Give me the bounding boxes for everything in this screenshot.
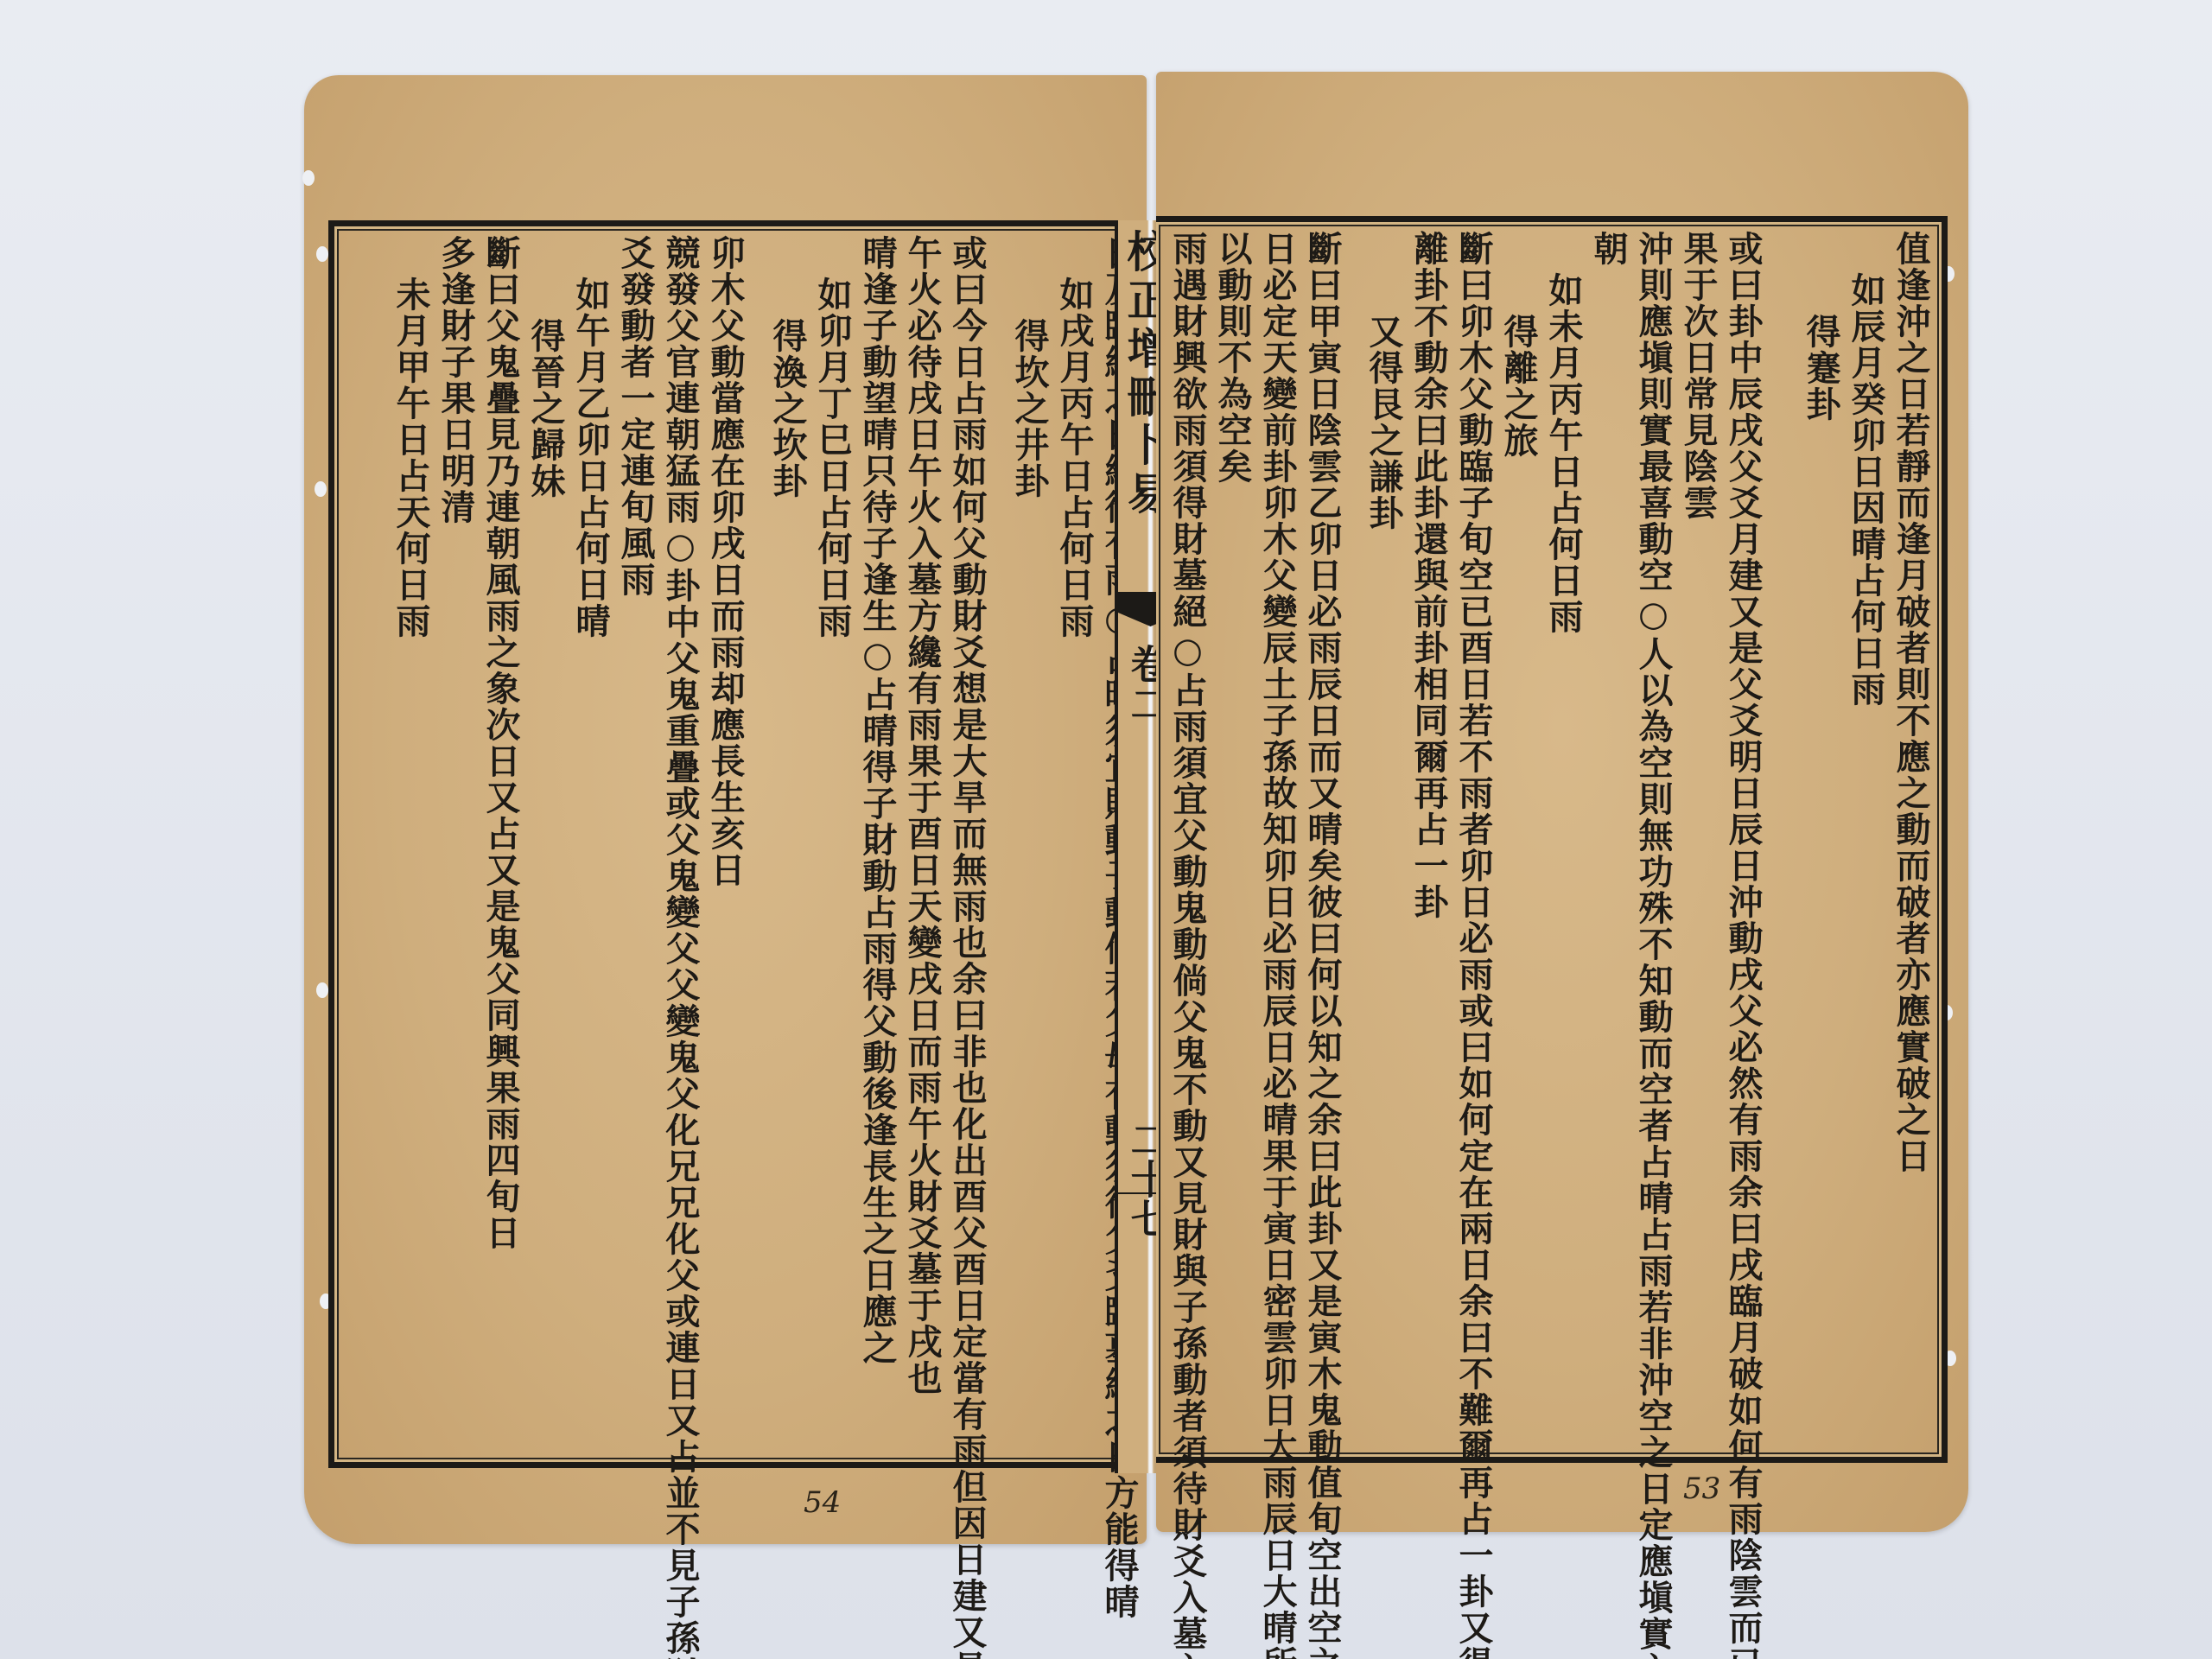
text-column: 斷曰甲寅日陰雲乙卯日必雨辰日而又晴矣彼曰何以知之余曰此卦又是寅木鬼動值旬空出空之 bbox=[1300, 231, 1344, 1448]
text-column: 又得艮之謙卦 bbox=[1361, 231, 1406, 1448]
page-number: 53 bbox=[1683, 1471, 1720, 1506]
text-column: 未月甲午日占天何日雨 bbox=[388, 235, 433, 1453]
text-column: 斷曰父鬼疊見乃連朝風雨之象次日又占又是鬼父同興果雨四旬日 bbox=[478, 235, 523, 1453]
text-column: 朝 bbox=[1586, 231, 1630, 1448]
text-column: 競發父官連朝猛雨○卦中父鬼重疊或父鬼變父父變鬼父化兄兄化父或連日又占並不見子孫財 bbox=[658, 235, 702, 1453]
text-column: 得渙之坎卦 bbox=[765, 235, 810, 1453]
text-column: 或曰今日占雨如何父動財爻想是大旱而無雨也余曰非也化出酉父酉日定當有雨但因日建又是 bbox=[944, 235, 989, 1453]
left-page: 日及臨絕之日纔得有雨○占晴須宜財動子動倘若父母有動須待父爻臨墓絕之日方能得晴 如… bbox=[304, 75, 1147, 1544]
text-column: 值逢沖之日若靜而逢月破者則不應之動而破者亦應實破之日 bbox=[1888, 231, 1933, 1448]
right-page: 值逢沖之日若靜而逢月破者則不應之動而破者亦應實破之日 如辰月癸卯日因晴占何日雨 … bbox=[1156, 72, 1968, 1532]
binding-hole bbox=[316, 246, 328, 262]
text-column: 如卯月丁巳日占何日雨 bbox=[810, 235, 855, 1453]
page-number: 54 bbox=[804, 1485, 841, 1520]
text-column: 得晉之歸妹 bbox=[523, 235, 568, 1453]
text-column: 或曰卦中辰戌父爻月建又是父爻明日辰日沖動戌父必然有雨余曰戌臨月破如何有雨陰雲而已 bbox=[1720, 231, 1765, 1448]
text-column: 晴逢子動望晴只待子逢生○占晴得子財動占雨得父動後逢長生之日應之 bbox=[855, 235, 899, 1453]
printed-frame: 值逢沖之日若靜而逢月破者則不應之動而破者亦應實破之日 如辰月癸卯日因晴占何日雨 … bbox=[1156, 216, 1948, 1463]
text-columns: 值逢沖之日若靜而逢月破者則不應之動而破者亦應實破之日 如辰月癸卯日因晴占何日雨 … bbox=[1165, 231, 1933, 1448]
text-column: 如辰月癸卯日因晴占何日雨 bbox=[1843, 231, 1888, 1448]
text-columns: 日及臨絕之日纔得有雨○占晴須宜財動子動倘若父母有動須待父爻臨墓絕之日方能得晴 如… bbox=[343, 235, 1141, 1453]
text-column: 卯木父動當應在卯戌日而雨却應長生亥日 bbox=[702, 235, 747, 1453]
binding-hole bbox=[315, 481, 327, 497]
printed-frame: 日及臨絕之日纔得有雨○占晴須宜財動子動倘若父母有動須待父爻臨墓絕之日方能得晴 如… bbox=[328, 220, 1154, 1468]
text-column: 離卦不動余曰此卦還與前卦相同爾再占一卦 bbox=[1406, 231, 1451, 1448]
text-column: 得蹇卦 bbox=[1798, 231, 1843, 1448]
text-column: 以動則不為空矣 bbox=[1210, 231, 1255, 1448]
text-column: 得坎之井卦 bbox=[1007, 235, 1052, 1453]
text-column: 如戌月丙午日占何日雨 bbox=[1052, 235, 1096, 1453]
binding-hole bbox=[316, 982, 328, 998]
text-column: 如未月丙午日占何日雨 bbox=[1541, 231, 1586, 1448]
text-column: 沖則應塡則實最喜動空○人以為空則無功殊不知動而空者占晴占雨若非沖空之日定應塡實之 bbox=[1630, 231, 1675, 1448]
text-column: 得離之旅 bbox=[1496, 231, 1541, 1448]
text-column: 斷曰卯木父動臨子旬空已酉日若不雨者卯日必雨或曰如何定在兩日余曰不難爾再占一卦又得 bbox=[1451, 231, 1496, 1448]
text-column: 雨遇財興欲雨須得財墓絕○占雨須宜父動鬼動倘父鬼不動又見財與子孫動者須待財爻入墓之 bbox=[1165, 231, 1210, 1448]
text-column: 果于次日常見陰雲 bbox=[1675, 231, 1720, 1448]
text-column: 多逢財子果日明清 bbox=[433, 235, 478, 1453]
text-column: 午火必待戌日午火入墓方纔有雨果于酉日天變戌日而雨午火財爻墓于戌也 bbox=[899, 235, 944, 1453]
text-column: 如午月乙卯日占何日晴 bbox=[568, 235, 613, 1453]
text-column: 日必定天變前卦卯木父變辰土子孫故知卯日必雨辰日必晴果于寅日密雲卯日大雨辰日大晴所 bbox=[1255, 231, 1300, 1448]
binding-hole bbox=[302, 170, 315, 186]
text-column: 爻發動者一定連旬風雨 bbox=[613, 235, 658, 1453]
